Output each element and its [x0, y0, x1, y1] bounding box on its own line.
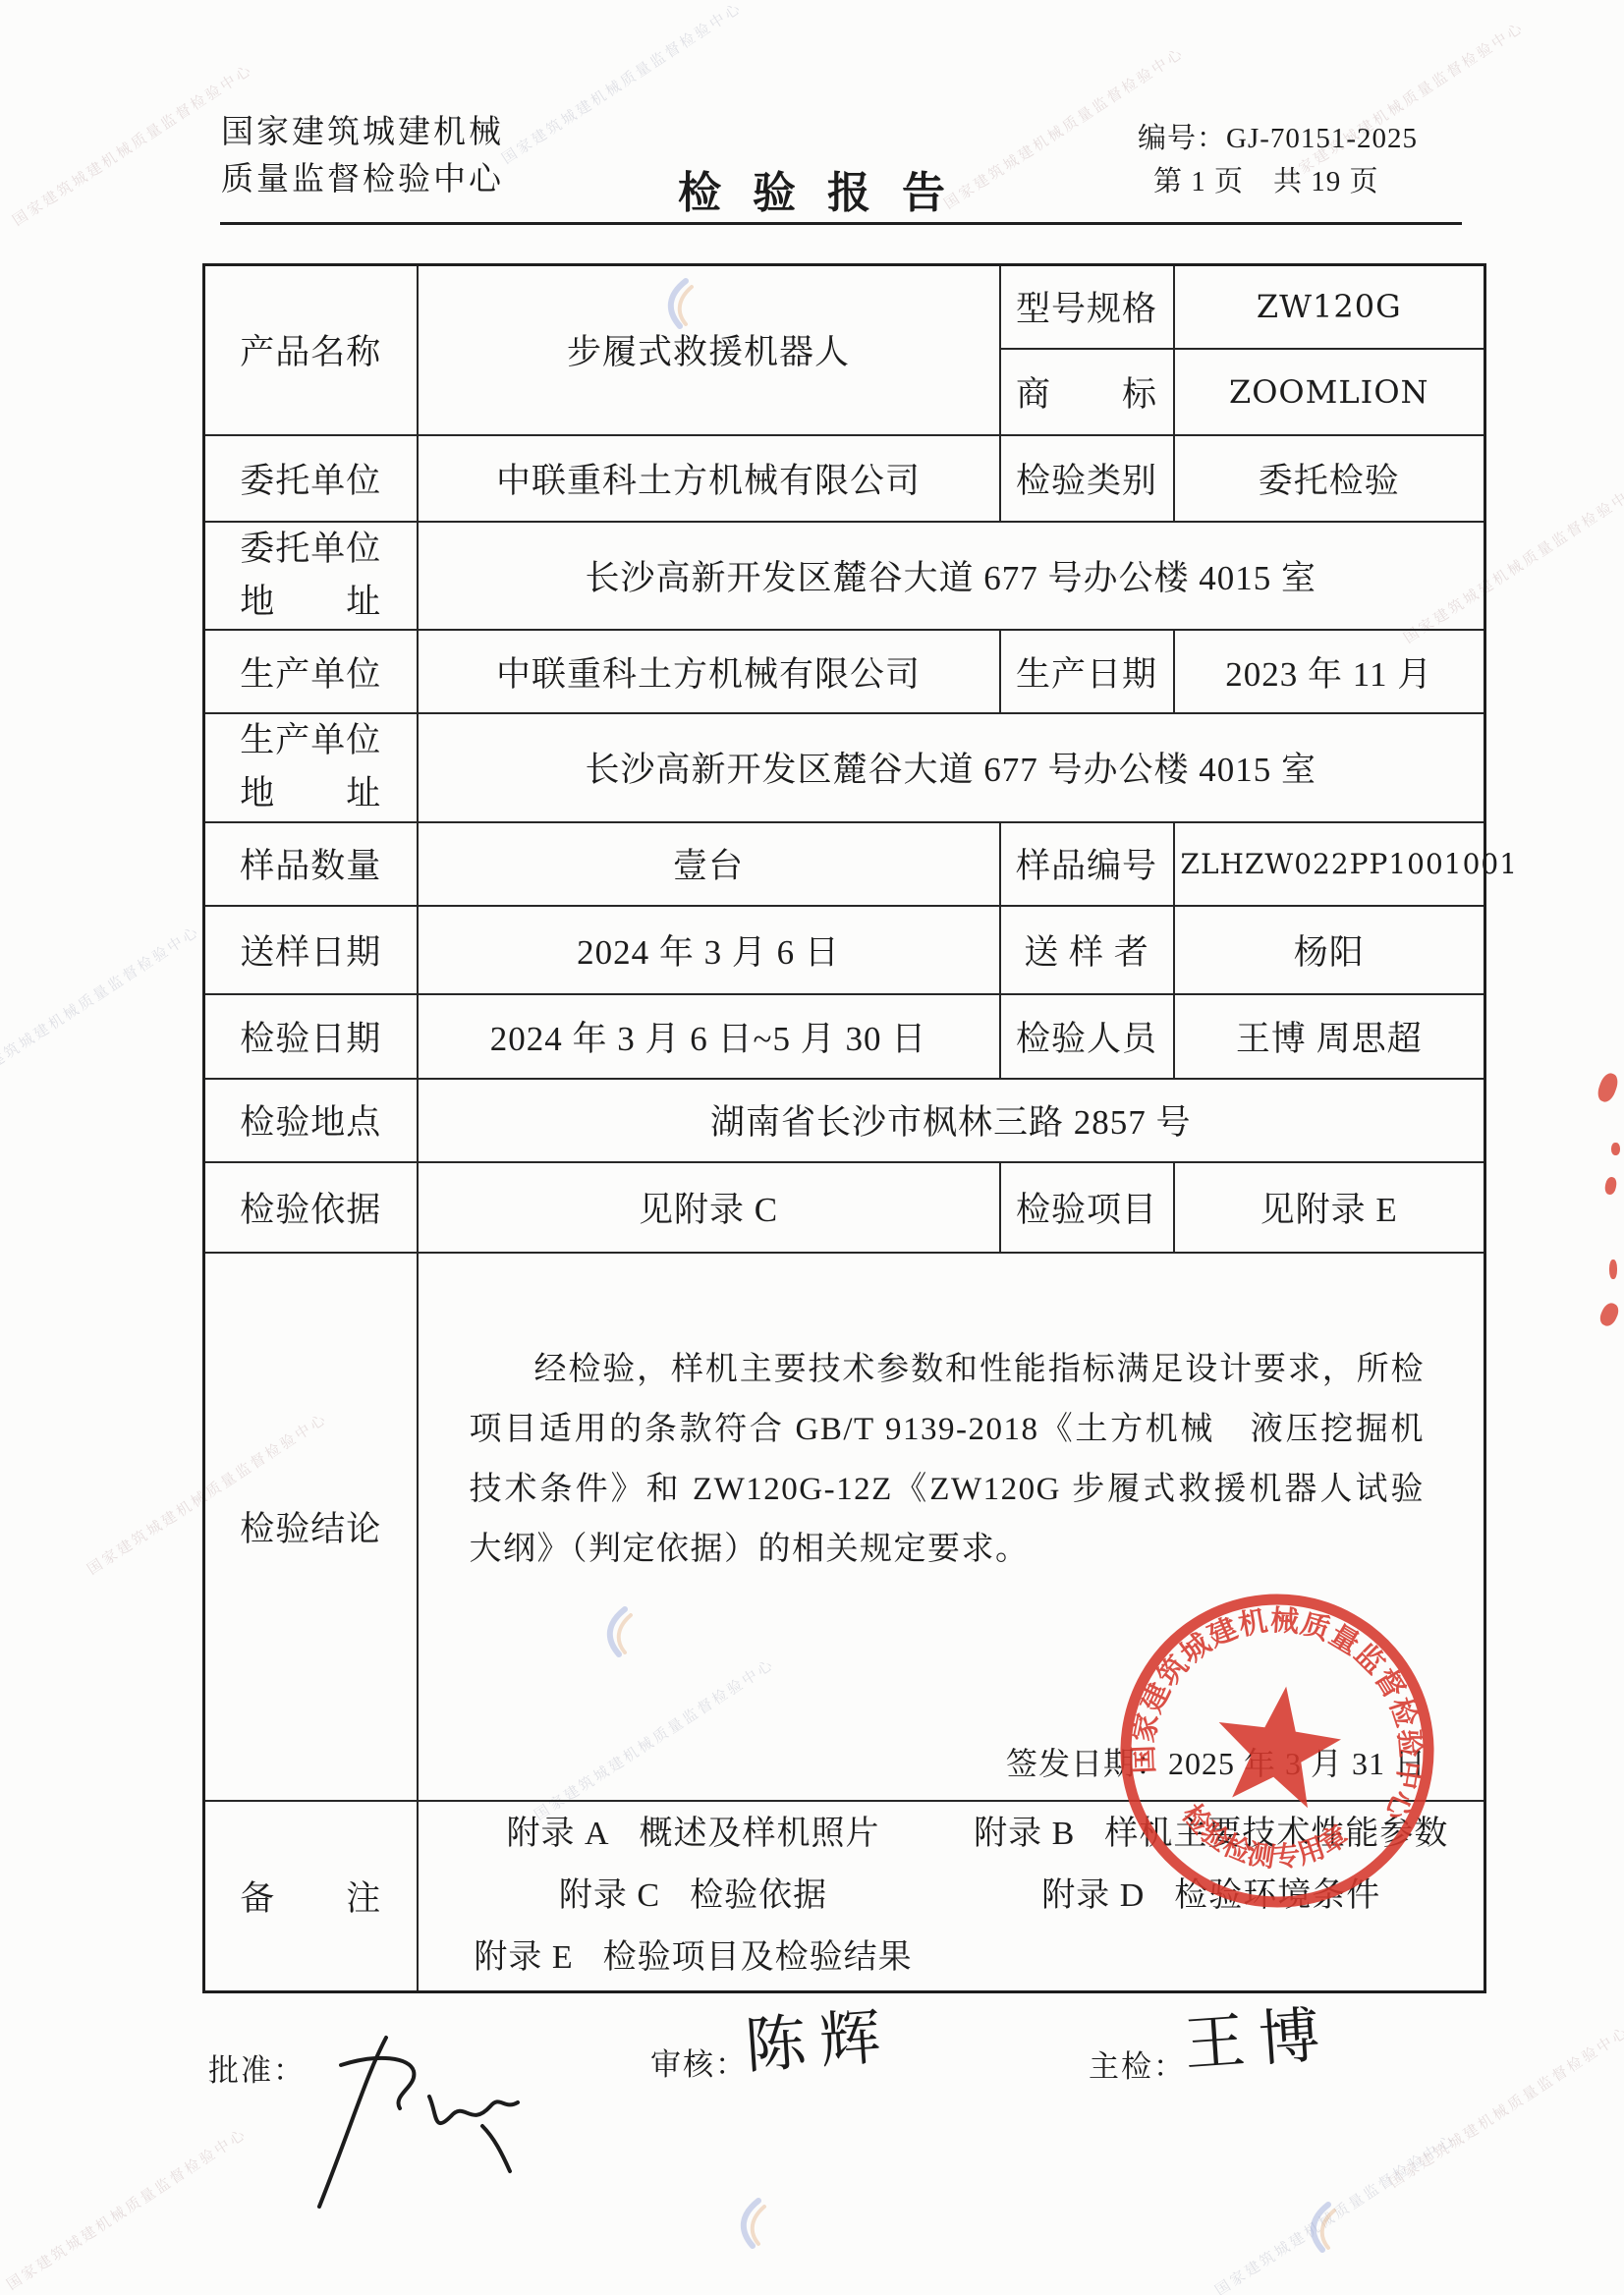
inspection-date-label: 检验日期: [204, 994, 418, 1079]
manufacturer-address-label-line1: 生产单位: [211, 714, 411, 767]
model-value: ZW120G: [1174, 265, 1485, 349]
inspectors-label: 检验人员: [1000, 994, 1174, 1079]
issuing-org-name: 国家建筑城建机械 质量监督检验中心: [221, 110, 504, 204]
appendix-item: 附录 A概述及样机照片: [442, 1803, 945, 1865]
trademark-label: 商 标: [1000, 349, 1174, 435]
client-label: 委托单位: [204, 435, 418, 522]
red-edge-mark: [1597, 1301, 1622, 1329]
product-name-value: 步履式救援机器人: [418, 265, 1000, 435]
inspectors-value: 王博 周思超: [1174, 994, 1485, 1079]
model-label: 型号规格: [1000, 265, 1174, 349]
inspection-report-page: 国家建筑城建机械质量监督检验中心 国家建筑城建机械质量监督检验中心 国家建筑城建…: [0, 0, 1624, 2295]
manufacturer-address-label: 生产单位 地 址: [204, 713, 418, 822]
production-date-value: 2023 年 11 月: [1174, 630, 1485, 713]
deliverer-label: 送 样 者: [1000, 906, 1174, 994]
delivery-date-label: 送样日期: [204, 906, 418, 994]
header-divider-line: [220, 222, 1462, 225]
basis-value: 见附录 C: [418, 1162, 1000, 1253]
report-meta: 编号：GJ-70151-2025 第 1 页 共 19 页: [1138, 118, 1418, 203]
client-address-label: 委托单位 地 址: [204, 522, 418, 631]
svg-text:检验检测专用章: 检验检测专用章: [1170, 1796, 1358, 1884]
basis-label: 检验依据: [204, 1162, 418, 1253]
inspection-type-value: 委托检验: [1174, 435, 1485, 522]
location-value: 湖南省长沙市枫林三路 2857 号: [418, 1079, 1485, 1162]
chief-inspector-signature: 王博: [1181, 1986, 1336, 2083]
production-date-label: 生产日期: [1000, 630, 1174, 713]
red-edge-mark: [1611, 1143, 1620, 1155]
client-address-value: 长沙高新开发区麓谷大道 677 号办公楼 4015 室: [418, 522, 1485, 631]
trademark-value: ZOOMLION: [1174, 349, 1485, 435]
report-title: 检验报告: [678, 157, 977, 220]
page-info: 第 1 页 共 19 页: [1138, 161, 1418, 204]
client-address-label-line2: 地 址: [211, 576, 411, 629]
org-line-1: 国家建筑城建机械: [221, 110, 504, 157]
manufacturer-address-value: 长沙高新开发区麓谷大道 677 号办公楼 4015 室: [418, 713, 1485, 822]
report-number-label: 编号：: [1138, 123, 1226, 154]
manufacturer-address-label-line2: 地 址: [211, 767, 411, 820]
watermark-text: 国家建筑城建机械质量监督检验中心: [2, 2123, 251, 2294]
red-edge-mark: [1595, 1071, 1620, 1104]
location-label: 检验地点: [204, 1079, 418, 1162]
manufacturer-label: 生产单位: [204, 630, 418, 713]
report-number: GJ-70151-2025: [1226, 123, 1418, 154]
official-seal-stamp: 国家建筑城建机械质量监督检验中心 检验检测专用章: [1110, 1584, 1444, 1918]
client-value: 中联重科土方机械有限公司: [418, 435, 1000, 522]
sample-qty-label: 样品数量: [204, 822, 418, 906]
remarks-label: 备 注: [204, 1801, 418, 1992]
items-value: 见附录 E: [1174, 1162, 1485, 1253]
deliverer-value: 杨阳: [1174, 906, 1485, 994]
conclusion-text: 经检验，样机主要技术参数和性能指标满足设计要求，所检项目适用的条款符合 GB/T…: [424, 1256, 1479, 1580]
review-label: 审核：: [650, 2040, 748, 2084]
stamp-bottom-text: 检验检测专用章: [1170, 1796, 1358, 1884]
appendix-item: 附录 E检验项目及检验结果: [442, 1927, 945, 1988]
review-signature: 陈辉: [742, 1987, 897, 2085]
report-number-line: 编号：GJ-70151-2025: [1138, 118, 1418, 161]
stamp-star: [1208, 1678, 1347, 1812]
red-edge-mark: [1604, 1176, 1618, 1196]
red-edge-mark: [1609, 1259, 1617, 1279]
conclusion-label: 检验结论: [204, 1253, 418, 1801]
sample-no-value: ZLHZW022PP1001001: [1174, 822, 1485, 906]
appendix-item: 附录 C检验依据: [442, 1865, 945, 1927]
delivery-date-value: 2024 年 3 月 6 日: [418, 906, 1000, 994]
items-label: 检验项目: [1000, 1162, 1174, 1253]
approval-signature: [290, 2032, 535, 2213]
inspection-date-value: 2024 年 3 月 6 日~5 月 30 日: [418, 994, 1000, 1079]
watermark-text: 国家建筑城建机械质量监督检验中心: [0, 921, 203, 1092]
sample-qty-value: 壹台: [418, 822, 1000, 906]
sample-no-label: 样品编号: [1000, 822, 1174, 906]
chief-inspector-label: 主检：: [1089, 2042, 1186, 2086]
client-address-label-line1: 委托单位: [211, 523, 411, 576]
product-name-label: 产品名称: [204, 265, 418, 435]
watermark-text: 国家建筑城建机械质量监督检验中心: [1384, 2021, 1624, 2192]
inspection-type-label: 检验类别: [1000, 435, 1174, 522]
manufacturer-value: 中联重科土方机械有限公司: [418, 630, 1000, 713]
org-line-2: 质量监督检验中心: [221, 157, 504, 204]
faint-logo-swirl: [729, 2197, 774, 2252]
watermark-text: 国家建筑城建机械质量监督检验中心: [8, 59, 256, 230]
faint-logo-swirl: [1299, 2201, 1344, 2256]
watermark-text: 国家建筑城建机械质量监督检验中心: [497, 0, 746, 168]
